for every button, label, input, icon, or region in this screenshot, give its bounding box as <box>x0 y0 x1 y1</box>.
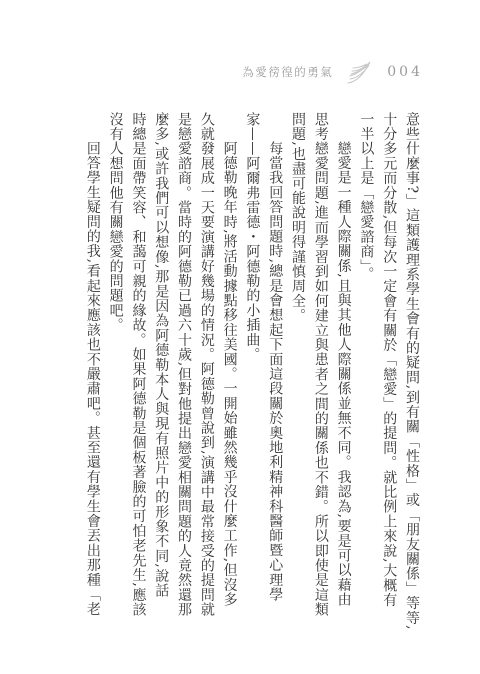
text-column: 問題,也盡可能說明得謹慎周全。 <box>286 112 309 657</box>
vertical-text-block: 意些什麼事?」這類護理系學生會有的疑問,到有關「性格」或「朋友關係」等等,十分多… <box>81 112 423 657</box>
text-column: 十分多元而分散,但每次一定會有關於「戀愛」的提問。就比例上來說,大概有 <box>377 112 400 657</box>
feather-icon <box>343 58 375 86</box>
text-column: 意些什麼事?」這類護理系學生會有的疑問,到有關「性格」或「朋友關係」等等, <box>400 112 423 657</box>
text-column: 家——阿爾弗雷德・阿德勒的小插曲。 <box>241 112 264 657</box>
text-column: 沒有人想問他有關戀愛的問題吧。 <box>104 112 127 657</box>
text-column: 久就發展成一天要演講好幾場的情況。阿德勒曾說到,演講中最常接受的提問就 <box>195 112 218 657</box>
text-column: 戀愛是一種人際關係,且與其他人際關係並無不同。我認為,要是可以藉由 <box>332 112 355 657</box>
running-head: 為愛徬徨的勇氣 004 <box>242 58 423 86</box>
text-column: 麼多,或許我們可以想像,那是因為阿德勒本人與現有照片中的形象不同,說話 <box>149 112 172 657</box>
text-column: 一半以上是「戀愛諮商」。 <box>355 112 378 657</box>
text-column: 阿德勒晚年時,將活動據點移往美國。一開始雖然幾乎沒什麼工作,但沒多 <box>218 112 241 657</box>
book-page: 為愛徬徨的勇氣 004 意些什麼事?」這類護理系學生會有的疑問,到有關「性格」或… <box>0 0 480 674</box>
running-head-book-title: 為愛徬徨的勇氣 <box>242 64 333 80</box>
text-column: 回答學生疑問的我,看起來應該也不嚴肅吧。甚至還有學生會丟出那種「老 <box>81 112 104 657</box>
text-column: 每當我回答問題時,總是會想起下面這段關於奧地利精神科醫師暨心理學 <box>263 112 286 657</box>
text-column: 是戀愛諮商。當時的阿德勒已過六十歲,但對他提出戀愛相關問題的人竟然還那 <box>172 112 195 657</box>
text-column: 時總是面帶笑容、和藹可親的緣故。如果阿德勒是個板著臉的可怕老先生,應該 <box>127 112 150 657</box>
page-number: 004 <box>387 64 423 80</box>
text-column: 思考戀愛問題,進而學習到如何建立與患者之間的關係也不錯。所以即使是這類 <box>309 112 332 657</box>
